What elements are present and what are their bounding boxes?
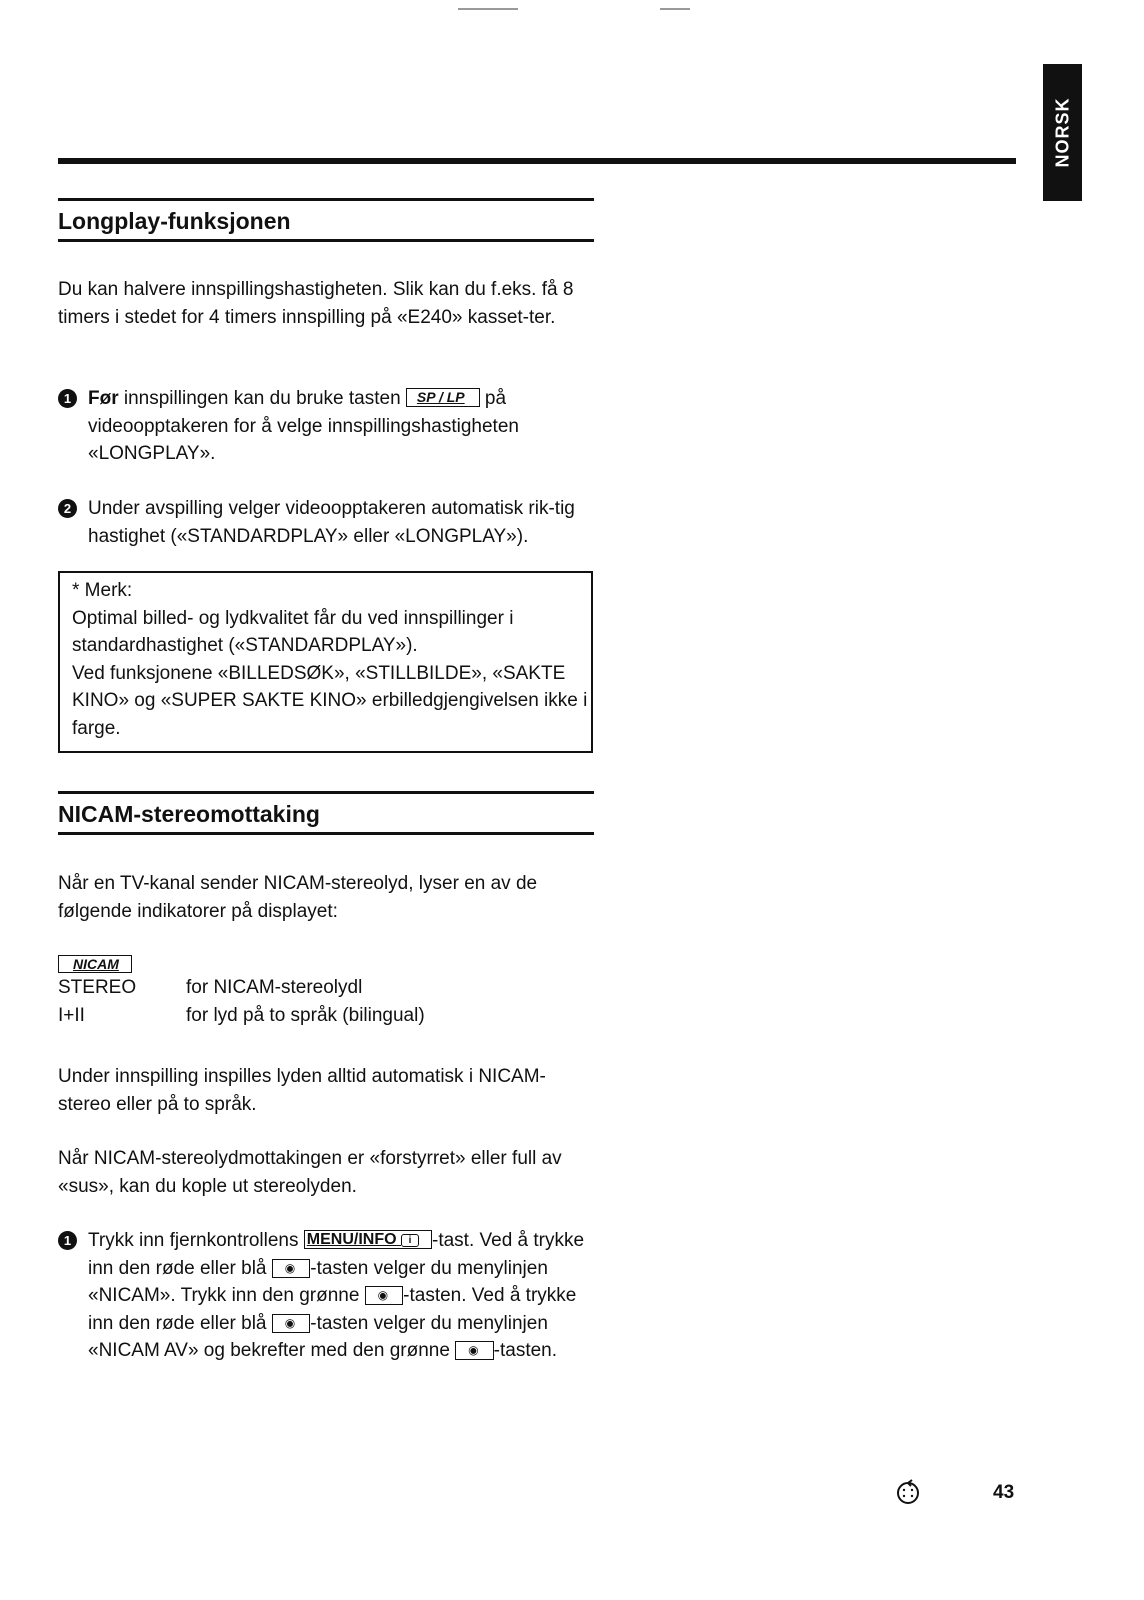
- nicam-intro: Når en TV-kanal sender NICAM-stereolyd, …: [58, 870, 594, 925]
- language-tab: NORSK: [1043, 64, 1082, 201]
- section-heading-box: Longplay-funksjonen: [58, 198, 594, 242]
- list-item: 1 Trykk inn fjernkontrollens MENU/INFO i…: [58, 1227, 594, 1365]
- menu-info-key: MENU/INFO i: [304, 1230, 432, 1249]
- step-text: Under avspilling velger videoopptakeren …: [88, 498, 575, 547]
- section-heading-box: NICAM-stereomottaking: [58, 791, 594, 835]
- color-key-icon: ◉: [455, 1341, 493, 1360]
- indicator-key: I+II: [58, 1002, 186, 1030]
- page-number: 43: [993, 1482, 1014, 1504]
- indicator-desc: for lyd på to språk (bilingual): [186, 1002, 425, 1030]
- color-key-icon: ◉: [365, 1286, 403, 1305]
- step-text: -tasten.: [494, 1340, 557, 1361]
- scan-artifact: [458, 8, 518, 10]
- list-item: 2 Under avspilling velger videoopptakere…: [58, 495, 594, 550]
- nicam-step-1: 1 Trykk inn fjernkontrollens MENU/INFO i…: [58, 1227, 594, 1365]
- section-nicam-header: NICAM-stereomottaking: [58, 791, 594, 835]
- longplay-step-1: 1 Før innspillingen kan du bruke tasten …: [58, 385, 594, 468]
- smiley-cycle-icon: [896, 1478, 922, 1506]
- menu-info-key-label: MENU/INFO: [307, 1231, 397, 1248]
- language-tab-label: NORSK: [1052, 97, 1073, 167]
- top-rule: [58, 158, 1016, 164]
- nicam-indicators: NICAM STEREO for NICAM-stereolydl I+II f…: [58, 955, 594, 1030]
- intro-paragraph: Når en TV-kanal sender NICAM-stereolyd, …: [58, 870, 594, 925]
- indicator-desc: for NICAM-stereolydl: [186, 974, 362, 1002]
- longplay-intro: Du kan halvere innspillingshastigheten. …: [58, 276, 594, 331]
- note-box: * Merk: Optimal billed- og lydkvalitet f…: [58, 571, 593, 753]
- section-title: NICAM-stereomottaking: [58, 794, 594, 832]
- sp-lp-key: SP / LP: [406, 388, 480, 407]
- nicam-para-3: Når NICAM-stereolydmottakingen er «forst…: [58, 1145, 594, 1200]
- note-label: * Merk:: [72, 577, 591, 605]
- note-line: Ved funksjonene «BILLEDSØK», «STILLBILDE…: [72, 660, 591, 743]
- step-bold-word: Før: [88, 388, 119, 409]
- indicator-row: STEREO for NICAM-stereolydl: [58, 974, 594, 1002]
- step-text: innspillingen kan du bruke tasten: [119, 388, 406, 409]
- indicator-row: I+II for lyd på to språk (bilingual): [58, 1002, 594, 1030]
- step-number-icon: 2: [58, 499, 77, 518]
- step-number-icon: 1: [58, 389, 77, 408]
- paragraph: Når NICAM-stereolydmottakingen er «forst…: [58, 1145, 594, 1200]
- intro-paragraph: Du kan halvere innspillingshastigheten. …: [58, 276, 594, 331]
- scan-artifact: [660, 8, 690, 10]
- info-icon: i: [401, 1234, 419, 1247]
- nicam-indicator-label: NICAM: [58, 955, 132, 973]
- list-item: 1 Før innspillingen kan du bruke tasten …: [58, 385, 594, 468]
- indicator-key: STEREO: [58, 974, 186, 1002]
- paragraph: Under innspilling inspilles lyden alltid…: [58, 1063, 594, 1118]
- nicam-para-2: Under innspilling inspilles lyden alltid…: [58, 1063, 594, 1118]
- color-key-icon: ◉: [272, 1259, 310, 1278]
- section-title: Longplay-funksjonen: [58, 201, 594, 239]
- step-text: Trykk inn fjernkontrollens: [88, 1230, 304, 1251]
- step-number-icon: 1: [58, 1231, 77, 1250]
- longplay-step-2: 2 Under avspilling velger videoopptakere…: [58, 495, 594, 550]
- note-line: Optimal billed- og lydkvalitet får du ve…: [72, 605, 591, 660]
- section-longplay-header: Longplay-funksjonen: [58, 198, 594, 242]
- color-key-icon: ◉: [272, 1314, 310, 1333]
